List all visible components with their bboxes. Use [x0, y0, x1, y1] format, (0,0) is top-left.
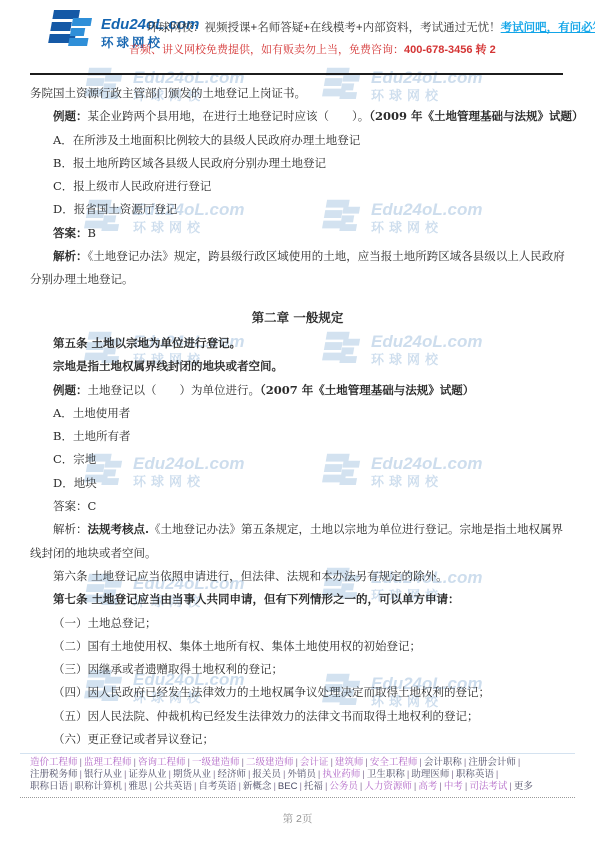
footer-link-separator: | [325, 781, 327, 792]
body-text: D．报省国土资源厅登记 [53, 202, 177, 216]
footer-links: 造价工程师|监理工程师|咨询工程师|一级建造师|二级建造师|会计证|建筑师|安全… [20, 753, 575, 798]
document-paragraph: （四）因人民政府已经发生法律效力的土地权属争议处理决定而取得土地权利的登记； [30, 681, 565, 704]
footer-link[interactable]: BEC [278, 781, 298, 792]
footer-link[interactable]: 会计证 [300, 757, 329, 768]
footer-link-separator: | [124, 769, 126, 780]
footer-link[interactable]: 一级建造师 [192, 757, 240, 768]
footer-link[interactable]: 银行从业 [84, 769, 122, 780]
footer-link[interactable]: 雅思 [128, 781, 147, 792]
footer-link[interactable]: 职称计算机 [74, 781, 122, 792]
body-text: （三）因继承或者遗赠取得土地权利的登记； [53, 662, 283, 676]
footer-link-separator: | [283, 769, 285, 780]
header-tagline: 环球网校：视频授课+名师答疑+在线模考+内部资料，考试通过无忧！考试问吧，有问必… [147, 19, 595, 35]
body-text: 《土地登记办法》规定，跨县级行政区域使用的土地，应当报土地所跨区域各县级以上人民… [30, 249, 565, 286]
body-text: 土地登记以（ ）为单位进行。 [88, 383, 261, 397]
footer-link-separator: | [439, 781, 441, 792]
body-text: （二）国有土地使用权、集体土地所有权、集体土地使用权的初始登记； [53, 639, 421, 653]
bold-text: （2007 年《土地管理基础与法规》试题） [260, 383, 474, 397]
footer-link[interactable]: 职称日语 [30, 781, 68, 792]
bold-text: 第五条 土地以宗地为单位进行登记。 [53, 336, 241, 350]
document-paragraph: B．土地所有者 [30, 425, 565, 448]
body-text: B．土地所有者 [53, 429, 130, 443]
footer-link-separator: | [365, 757, 367, 768]
footer-link-separator: | [213, 769, 215, 780]
body-text: 解析： [53, 522, 88, 536]
document-paragraph: A．在所涉及土地面积比例较大的县级人民政府办理土地登记 [30, 129, 565, 152]
bold-text: 例题： [53, 109, 88, 123]
footer-link[interactable]: 更多 [514, 781, 533, 792]
footer-link[interactable]: 卫生职称 [367, 769, 405, 780]
footer-link[interactable]: 公共英语 [154, 781, 192, 792]
bold-text: （2009 年《土地管理基础与法规》试题） [369, 109, 583, 123]
footer-link[interactable]: 职称英语 [456, 769, 494, 780]
tagline-text: 环球网校：视频授课+名师答疑+在线模考+内部资料，考试通过无忧！ [147, 22, 501, 34]
footer-link-separator: | [414, 781, 416, 792]
edu24ol-logo-icon [44, 8, 96, 58]
page-footer: 造价工程师|监理工程师|咨询工程师|一级建造师|二级建造师|会计证|建筑师|安全… [0, 753, 595, 826]
footer-link-separator: | [168, 769, 170, 780]
footer-link-separator: | [299, 781, 301, 792]
footer-link-separator: | [194, 781, 196, 792]
body-text: （四）因人民政府已经发生法律效力的土地权属争议处理决定而取得土地权利的登记； [53, 685, 490, 699]
body-text: B．报土地所跨区域各县级人民政府分别办理土地登记 [53, 156, 326, 170]
body-text: A．在所涉及土地面积比例较大的县级人民政府办理土地登记 [53, 133, 360, 147]
body-text: C．报上级市人民政府进行登记 [53, 179, 211, 193]
footer-link-separator: | [362, 769, 364, 780]
footer-link-separator: | [509, 781, 511, 792]
footer-link-separator: | [238, 781, 240, 792]
body-text: B [88, 226, 96, 240]
bold-text: 例题： [53, 383, 88, 397]
document-body: 务院国土资源行政主管部门颁发的土地登记上岗证书。例题：某企业跨两个县用地，在进行… [0, 75, 595, 751]
document-paragraph: 第七条 土地登记应当由当事人共同申请，但有下列情形之一的，可以单方申请： [30, 588, 565, 611]
footer-link[interactable]: 执业药师 [322, 769, 360, 780]
document-paragraph: （三）因继承或者遗赠取得土地权利的登记； [30, 658, 565, 681]
page-header: Edu24oL.com 环球网校 环球网校：视频授课+名师答疑+在线模考+内部资… [0, 0, 595, 75]
document-paragraph: D．地块 [30, 472, 565, 495]
footer-link[interactable]: 注册税务师 [30, 769, 78, 780]
footer-link[interactable]: 助理医师 [411, 769, 449, 780]
footer-link[interactable]: 司法考试 [469, 781, 507, 792]
footer-link[interactable]: 高考 [418, 781, 437, 792]
bold-text: 第二章 一般规定 [252, 310, 344, 325]
body-text: 第六条 土地登记应当依照申请进行，但法律、法规和本办法另有规定的除外。 [53, 569, 448, 583]
bold-text: 宗地是指土地权属界线封闭的地块或者空间。 [53, 359, 283, 373]
footer-link-separator: | [419, 757, 421, 768]
footer-link-row: 职称日语|职称计算机|雅思|公共英语|自考英语|新概念|BEC|托福|公务员|人… [30, 781, 565, 793]
footer-link-separator: | [360, 781, 362, 792]
footer-link[interactable]: 经济师 [217, 769, 246, 780]
footer-link-separator: | [464, 757, 466, 768]
footer-link-separator: | [80, 769, 82, 780]
footer-link[interactable]: 造价工程师 [30, 757, 78, 768]
footer-link-separator: | [241, 757, 243, 768]
body-text: 务院国土资源行政主管部门颁发的土地登记上岗证书。 [30, 86, 306, 100]
footer-link-separator: | [465, 781, 467, 792]
footer-link-separator: | [70, 781, 72, 792]
footer-link-separator: | [248, 769, 250, 780]
document-paragraph: B．报土地所跨区域各县级人民政府分别办理土地登记 [30, 152, 565, 175]
document-paragraph: 解析：《土地登记办法》规定，跨县级行政区域使用的土地，应当报土地所跨区域各县级以… [30, 245, 565, 292]
body-text: C．宗地 [53, 452, 96, 466]
footer-link[interactable]: 安全工程师 [370, 757, 418, 768]
footer-link[interactable]: 自考英语 [198, 781, 236, 792]
body-text: D．地块 [53, 476, 97, 490]
bold-text: 第七条 土地登记应当由当事人共同申请，但有下列情形之一的，可以单方申请： [53, 592, 460, 606]
document-paragraph: A．土地使用者 [30, 402, 565, 425]
footer-link[interactable]: 监理工程师 [84, 757, 132, 768]
hotline-number: 400-678-3456 转 2 [404, 44, 496, 56]
footer-link[interactable]: 证券从业 [128, 769, 166, 780]
footer-link-separator: | [496, 769, 498, 780]
document-page: Edu24oL.com环球网校Edu24oL.com环球网校Edu24oL.co… [0, 0, 595, 841]
footer-link-row: 注册税务师|银行从业|证券从业|期货从业|经济师|报关员|外销员|执业药师|卫生… [30, 769, 565, 781]
footer-link-separator: | [273, 781, 275, 792]
footer-link[interactable]: 咨询工程师 [138, 757, 186, 768]
exam-qa-link[interactable]: 考试问吧，有问必答 [501, 22, 595, 34]
document-paragraph: C．报上级市人民政府进行登记 [30, 175, 565, 198]
document-paragraph: （六）更正登记或者异议登记； [30, 728, 565, 751]
notice-text: 音频、讲义网校免费提供，如有贩卖勿上当，免费咨询： [129, 44, 404, 56]
footer-link[interactable]: 新概念 [243, 781, 272, 792]
footer-link-separator: | [149, 781, 151, 792]
footer-link-separator: | [451, 769, 453, 780]
footer-link-separator: | [187, 757, 189, 768]
document-paragraph: 第五条 土地以宗地为单位进行登记。 [30, 332, 565, 355]
document-paragraph: 务院国土资源行政主管部门颁发的土地登记上岗证书。 [30, 82, 565, 105]
body-text: 某企业跨两个县用地，在进行土地登记时应该（ ）。 [88, 109, 370, 123]
footer-link-separator: | [318, 769, 320, 780]
document-paragraph: （二）国有土地使用权、集体土地所有权、集体土地使用权的初始登记； [30, 635, 565, 658]
document-paragraph: 第六条 土地登记应当依照申请进行，但法律、法规和本办法另有规定的除外。 [30, 565, 565, 588]
document-paragraph: 例题：土地登记以（ ）为单位进行。（2007 年《土地管理基础与法规》试题） [30, 379, 565, 402]
document-paragraph: （一）土地总登记； [30, 612, 565, 635]
page-number: 第 2页 [0, 811, 595, 826]
footer-link-separator: | [295, 757, 297, 768]
bold-text: 答案： [53, 226, 88, 240]
footer-link[interactable]: 期货从业 [173, 769, 211, 780]
footer-link[interactable]: 人力资源师 [364, 781, 412, 792]
document-paragraph: 答案：B [30, 222, 565, 245]
header-divider [30, 73, 563, 75]
footer-link-separator: | [407, 769, 409, 780]
body-text: A．土地使用者 [53, 406, 130, 420]
bold-text: 解析： [53, 249, 88, 263]
body-text: （五）因人民法院、仲裁机构已经发生法律效力的法律文书而取得土地权利的登记； [53, 709, 479, 723]
document-paragraph: 解析：法规考核点.《土地登记办法》第五条规定，土地以宗地为单位进行登记。宗地是指… [30, 518, 565, 565]
document-paragraph: 例题：某企业跨两个县用地，在进行土地登记时应该（ ）。（2009 年《土地管理基… [30, 105, 565, 128]
document-paragraph: 答案：C [30, 495, 565, 518]
footer-link[interactable]: 公务员 [329, 781, 358, 792]
footer-link-separator: | [330, 757, 332, 768]
footer-link-separator: | [518, 757, 520, 768]
chapter-heading: 第二章 一般规定 [30, 306, 565, 329]
bold-text: 法规考核点. [88, 522, 150, 536]
footer-link[interactable]: 二级建造师 [246, 757, 294, 768]
footer-link[interactable]: 报关员 [252, 769, 281, 780]
footer-link-separator: | [80, 757, 82, 768]
body-text: （一）土地总登记； [53, 616, 157, 630]
document-paragraph: （五）因人民法院、仲裁机构已经发生法律效力的法律文书而取得土地权利的登记； [30, 705, 565, 728]
body-text: （六）更正登记或者异议登记； [53, 732, 214, 746]
body-text: 答案：C [53, 499, 96, 513]
footer-link[interactable]: 建筑师 [335, 757, 364, 768]
footer-link-separator: | [124, 781, 126, 792]
document-paragraph: C．宗地 [30, 448, 565, 471]
footer-link-row: 造价工程师|监理工程师|咨询工程师|一级建造师|二级建造师|会计证|建筑师|安全… [30, 757, 565, 769]
footer-link[interactable]: 外销员 [287, 769, 316, 780]
edu24ol-logo-icon [44, 8, 96, 54]
footer-link[interactable]: 托福 [304, 781, 323, 792]
footer-link[interactable]: 中考 [444, 781, 463, 792]
footer-link[interactable]: 注册会计师 [468, 757, 516, 768]
footer-link-separator: | [134, 757, 136, 768]
document-paragraph: D．报省国土资源厅登记 [30, 198, 565, 221]
footer-link[interactable]: 会计职称 [424, 757, 462, 768]
header-notice: 音频、讲义网校免费提供，如有贩卖勿上当，免费咨询：400-678-3456 转 … [129, 41, 496, 57]
document-paragraph: 宗地是指土地权属界线封闭的地块或者空间。 [30, 355, 565, 378]
